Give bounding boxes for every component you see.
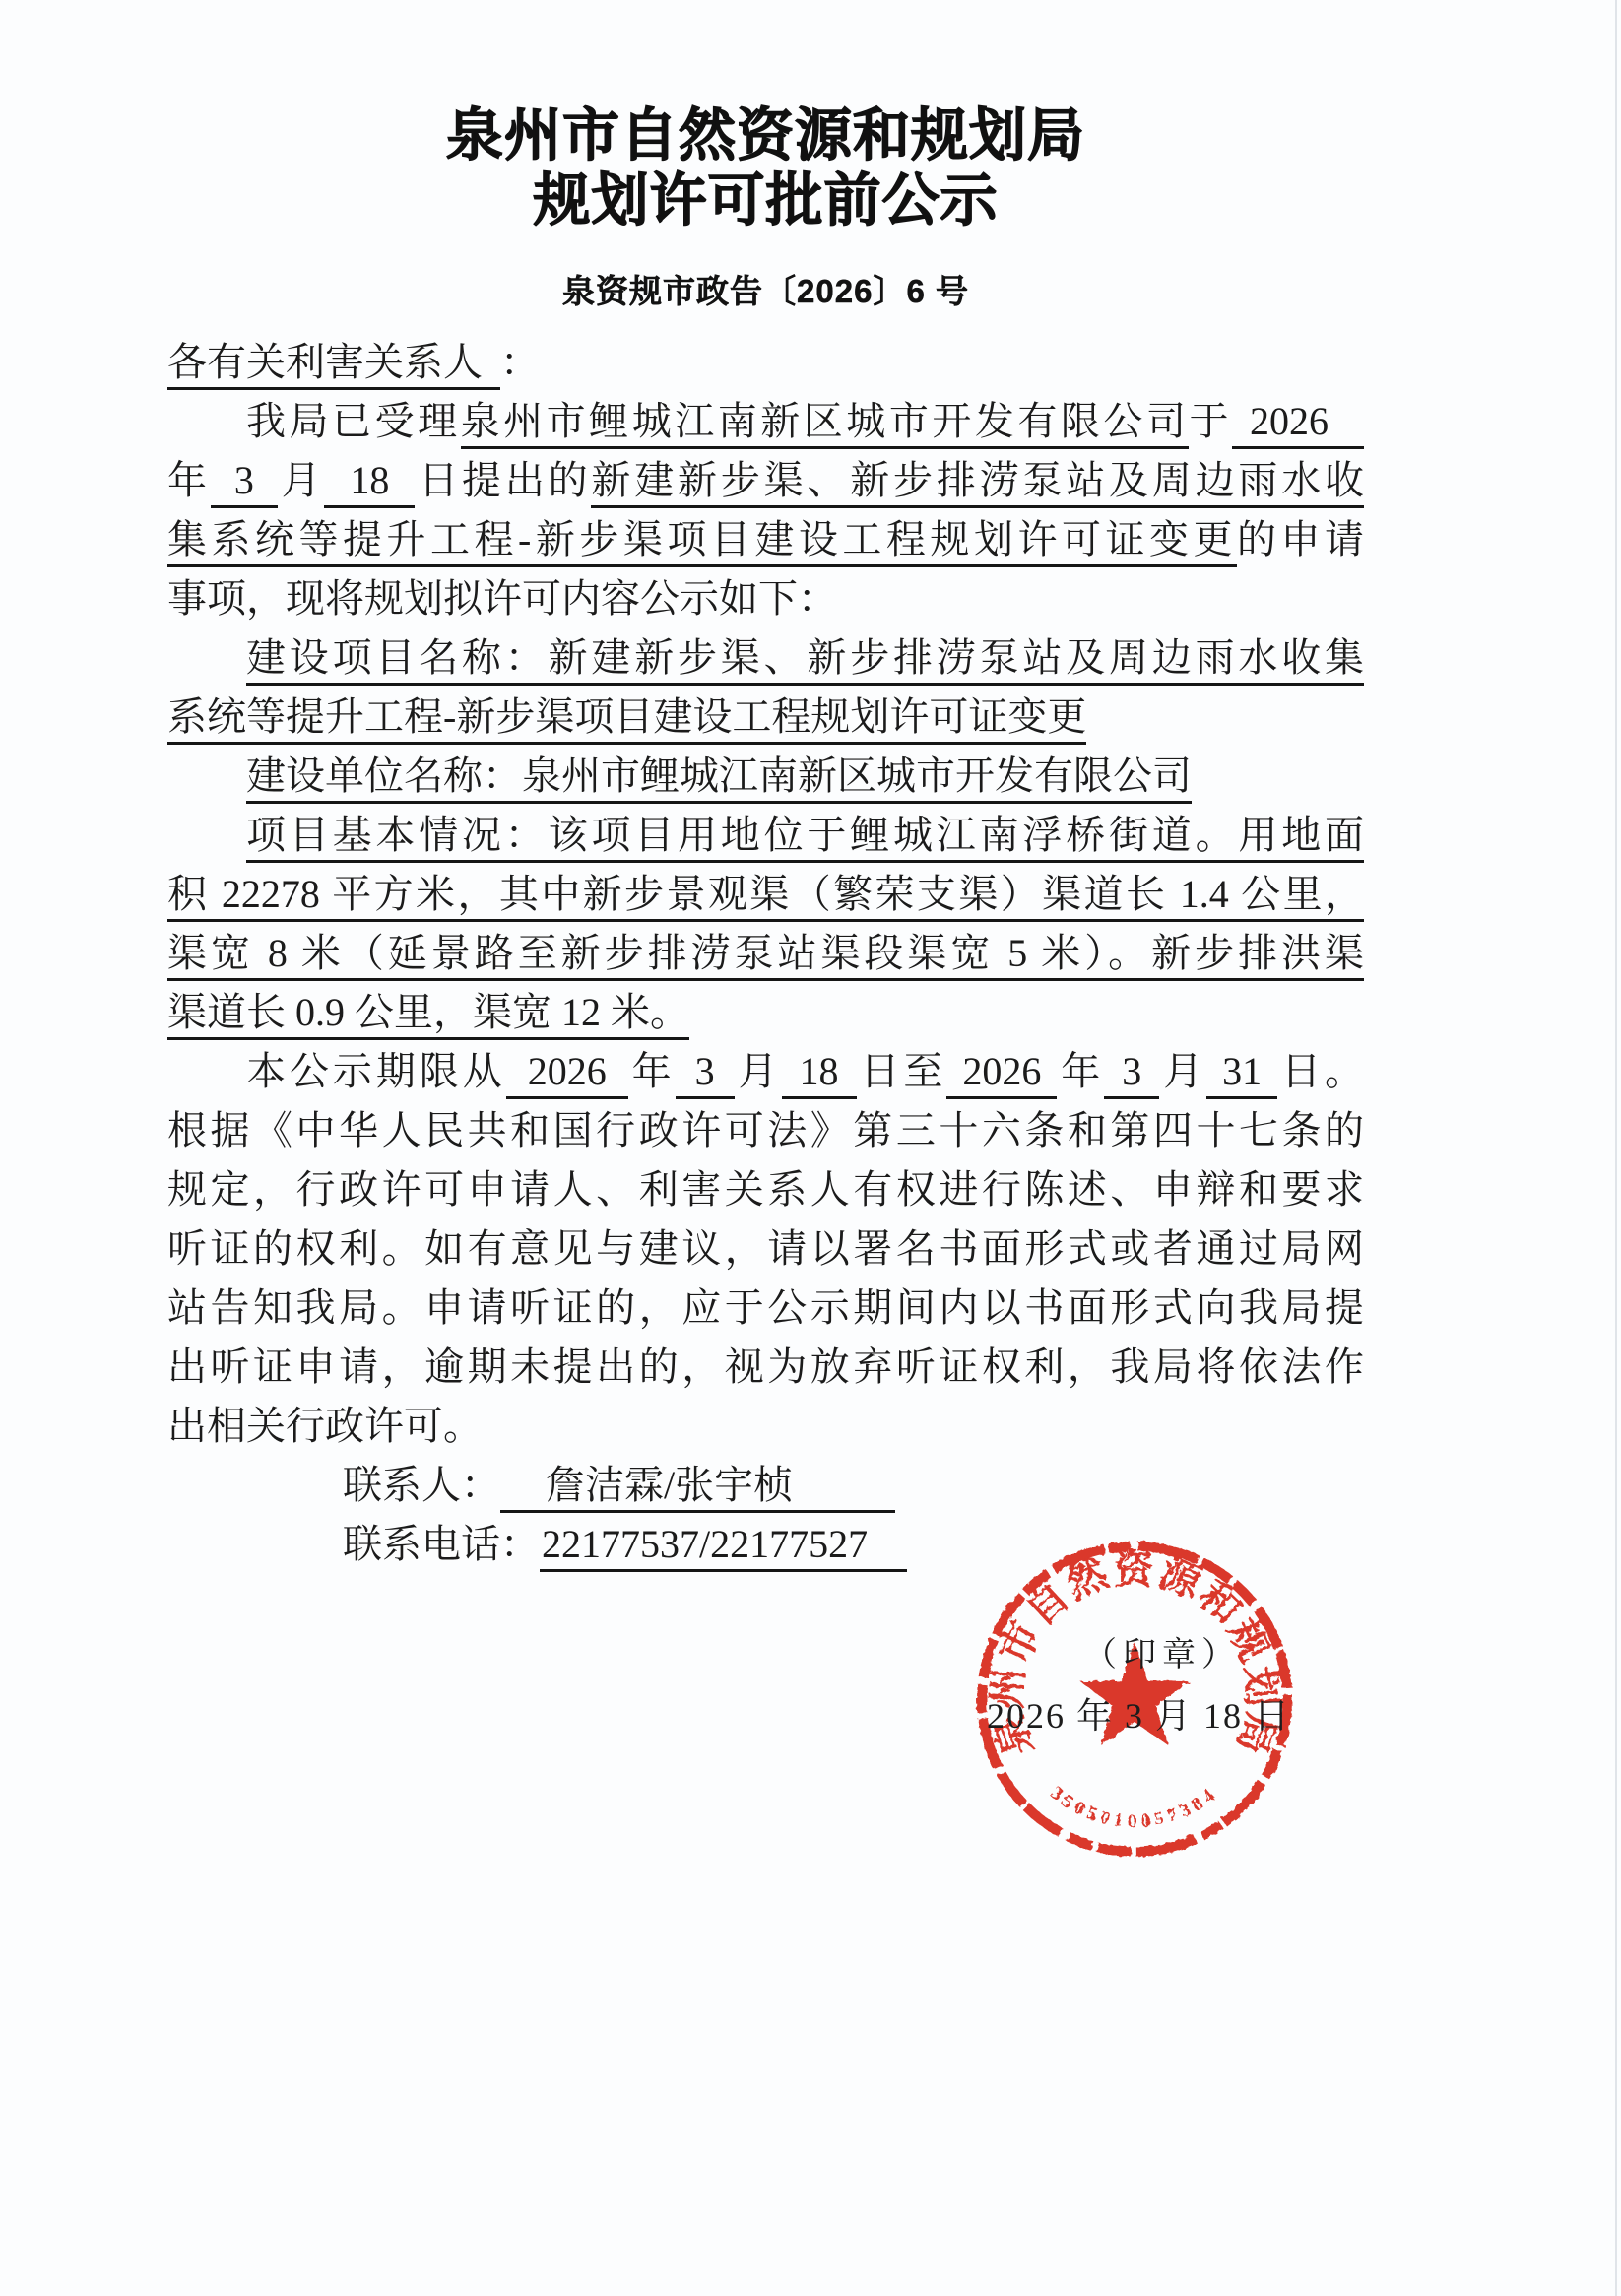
project-name-line1: 建设项目名称：新建新步渠、新步排涝泵站及周边雨水收集	[167, 628, 1364, 688]
text-run: 站告知我局。申请听证的，应于公示期间内以书面形式向我局提	[167, 1285, 1364, 1330]
project-name-line2: 系统等提升工程-新步渠项目建设工程规划许可证变更	[167, 688, 1364, 747]
page-title-line2: 规划许可批前公示	[167, 169, 1364, 232]
underlined-text: 新建新步渠、新步排涝泵站及周边雨水收	[591, 458, 1364, 508]
underlined-text: 2026	[506, 1049, 628, 1099]
text-run: 我局已受理	[246, 399, 461, 443]
text-run: 月	[735, 1049, 782, 1093]
text-run: 年	[628, 1049, 676, 1093]
text-run: 年	[1057, 1049, 1104, 1093]
para1-line2: 年3月18日提出的新建新步渠、新步排涝泵站及周边雨水收	[167, 451, 1364, 510]
text-run: ：	[500, 340, 540, 384]
underlined-text: 3	[1104, 1049, 1159, 1099]
underlined-text: 22177537/22177527	[540, 1522, 907, 1572]
underlined-text: 泉州市鲤城江南新区城市开发有限公司	[461, 399, 1190, 449]
para1-line3: 集系统等提升工程-新步渠项目建设工程规划许可证变更的申请	[167, 510, 1364, 569]
underlined-text: 31	[1206, 1049, 1277, 1099]
legal-line3: 听证的权利。如有意见与建议，请以署名书面形式或者通过局网	[167, 1219, 1364, 1279]
project-info-line1: 项目基本情况：该项目用地位于鲤城江南浮桥街道。用地面	[167, 806, 1364, 865]
project-info-line3: 渠宽 8 米（延景路至新步排涝泵站渠段渠宽 5 米）。新步排洪渠	[167, 924, 1364, 983]
doc-number: 泉资规市政告〔2026〕6 号	[167, 266, 1364, 312]
underlined-text: 3	[676, 1049, 735, 1099]
underlined-text: 渠宽 8 米（延景路至新步排涝泵站渠段渠宽 5 米）。新步排洪渠	[167, 931, 1364, 981]
text-run: 月	[1159, 1049, 1206, 1093]
legal-line6: 出相关行政许可。	[167, 1397, 1364, 1456]
para1-line4: 事项，现将规划拟许可内容公示如下：	[167, 569, 1364, 628]
underlined-text: 建设单位名称：泉州市鲤城江南新区城市开发有限公司	[246, 754, 1192, 804]
period-line: 本公示期限从2026年3月18日至2026年3月31日。	[167, 1042, 1364, 1101]
salutation-line: 各有关利害关系人：	[167, 333, 1364, 392]
underlined-text: 积 22278 平方米，其中新步景观渠（繁荣支渠）渠道长 1.4 公里，	[167, 872, 1364, 922]
builder-name-line: 建设单位名称：泉州市鲤城江南新区城市开发有限公司	[167, 747, 1364, 806]
text-run: 的申请	[1237, 517, 1364, 561]
underlined-text: 詹洁霖/张宇桢	[500, 1463, 895, 1513]
legal-line4: 站告知我局。申请听证的，应于公示期间内以书面形式向我局提	[167, 1279, 1364, 1338]
text-run: 联系人：	[343, 1463, 500, 1507]
text-run: 月	[278, 458, 325, 502]
project-info-line4: 渠道长 0.9 公里，渠宽 12 米。	[167, 983, 1364, 1042]
seal-placeholder-text: （印章）	[1083, 1627, 1241, 1675]
text-run: 日提出的	[415, 458, 591, 502]
text-run: 联系电话：	[343, 1522, 540, 1566]
underlined-text: 各有关利害关系人	[167, 340, 500, 390]
text-run: 年	[167, 458, 211, 502]
text-run: 出听证申请，逾期未提出的，视为放弃听证权利，我局将依法作	[167, 1345, 1364, 1389]
text-run: 听证的权利。如有意见与建议，请以署名书面形式或者通过局网	[167, 1226, 1364, 1271]
underlined-text: 2026	[1232, 399, 1364, 449]
underlined-text: 建设项目名称：新建新步渠、新步排涝泵站及周边雨水收集	[246, 635, 1364, 686]
underlined-text: 项目基本情况：该项目用地位于鲤城江南浮桥街道。用地面	[246, 813, 1364, 863]
legal-line2: 规定，行政许可申请人、利害关系人有权进行陈述、申辩和要求	[167, 1160, 1364, 1219]
document-page: 泉州市自然资源和规划局 规划许可批前公示 泉资规市政告〔2026〕6 号 各有关…	[0, 0, 1621, 2296]
underlined-text: 集系统等提升工程-新步渠项目建设工程规划许可证变更	[167, 517, 1237, 567]
text-run: 规定，行政许可申请人、利害关系人有权进行陈述、申辩和要求	[167, 1167, 1364, 1212]
issue-date: 2026 年 3 月 18 日	[987, 1688, 1291, 1738]
underlined-text: 18	[324, 458, 415, 508]
contact-person-line: 联系人：詹洁霖/张宇桢	[167, 1456, 1364, 1515]
text-run: 事项，现将规划拟许可内容公示如下：	[167, 576, 837, 621]
text-run: 本公示期限从	[246, 1049, 506, 1093]
text-run: 日至	[857, 1049, 947, 1093]
underlined-text: 18	[782, 1049, 857, 1099]
legal-line5: 出听证申请，逾期未提出的，视为放弃听证权利，我局将依法作	[167, 1338, 1364, 1397]
svg-text:3505010057384: 3505010057384	[1047, 1783, 1223, 1832]
para1-line1: 我局已受理泉州市鲤城江南新区城市开发有限公司于2026	[167, 392, 1364, 451]
underlined-text: 3	[211, 458, 278, 508]
legal-line1: 根据《中华人民共和国行政许可法》第三十六条和第四十七条的	[167, 1101, 1364, 1160]
document-body: 各有关利害关系人：我局已受理泉州市鲤城江南新区城市开发有限公司于2026年3月1…	[167, 333, 1364, 1574]
page-title-line1: 泉州市自然资源和规划局	[167, 104, 1364, 167]
text-run: 根据《中华人民共和国行政许可法》第三十六条和第四十七条的	[167, 1108, 1364, 1152]
text-run: 日。	[1277, 1049, 1364, 1093]
project-info-line2: 积 22278 平方米，其中新步景观渠（繁荣支渠）渠道长 1.4 公里，	[167, 865, 1364, 924]
seal-serial-number: 3505010057384	[1047, 1783, 1223, 1832]
text-run: 于	[1189, 399, 1232, 443]
text-run: 出相关行政许可。	[167, 1404, 483, 1448]
underlined-text: 2026	[946, 1049, 1057, 1099]
scan-edge-shadow	[1615, 0, 1617, 2296]
underlined-text: 渠道长 0.9 公里，渠宽 12 米。	[167, 990, 689, 1040]
underlined-text: 系统等提升工程-新步渠项目建设工程规划许可证变更	[167, 694, 1086, 745]
